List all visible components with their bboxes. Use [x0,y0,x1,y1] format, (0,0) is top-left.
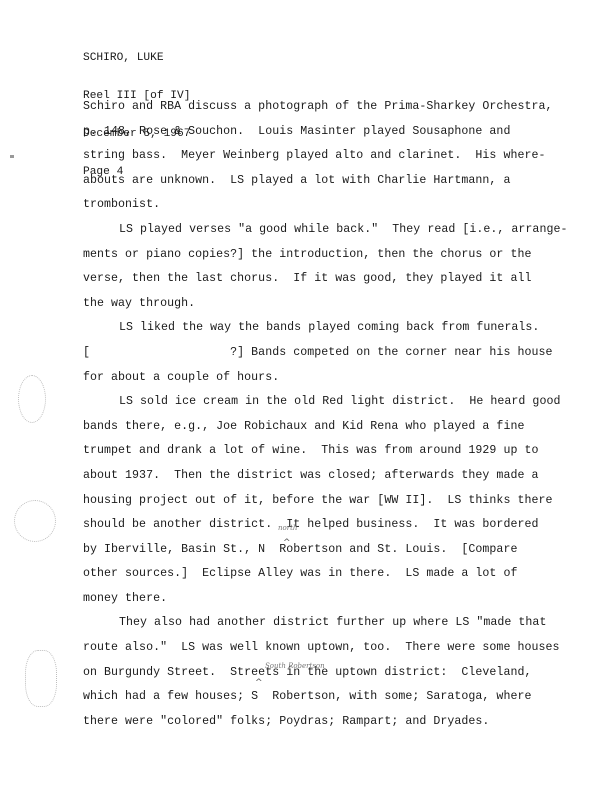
text-line: route also." LS was well known uptown, t… [83,636,603,661]
text-line: for about a couple of hours. [83,366,603,391]
text-line: about 1937. Then the district was closed… [83,464,603,489]
margin-pencil-mark [18,375,46,423]
paragraph-start-line: LS sold ice cream in the old Red light d… [83,390,603,415]
text-line: there were "colored" folks; Poydras; Ram… [83,710,603,735]
text-line: [ ?] Bands competed on the corner near h… [83,341,603,366]
text-line: abouts are unknown. LS played a lot with… [83,169,603,194]
text-line: which had a few houses; S Robertson, wit… [83,685,603,710]
transcript-body: Schiro and RBA discuss a photograph of t… [83,95,603,734]
interviewee-name: SCHIRO, LUKE [83,52,190,65]
text-line: string bass. Meyer Weinberg played alto … [83,144,603,169]
text-line: the way through. [83,292,603,317]
text-line: by Iberville, Basin St., N Robertson and… [83,538,603,563]
text-line: p. 148, Rose & Souchon. Louis Masinter p… [83,120,603,145]
insertion-caret-icon: ^ [255,678,263,688]
paragraph-start-line: They also had another district further u… [83,611,603,636]
text-line: verse, then the last chorus. If it was g… [83,267,603,292]
text-line: trombonist. [83,193,603,218]
text-line: other sources.] Eclipse Alley was in the… [83,562,603,587]
margin-pencil-mark [25,650,57,707]
text-line: trumpet and drank a lot of wine. This wa… [83,439,603,464]
text-line: Schiro and RBA discuss a photograph of t… [83,95,603,120]
text-line: bands there, e.g., Joe Robichaux and Kid… [83,415,603,440]
text-line: ments or piano copies?] the introduction… [83,243,603,268]
handwritten-north-annotation: north [278,524,297,532]
text-line: should be another district. It helped bu… [83,513,603,538]
text-line: money there. [83,587,603,612]
margin-speck [10,155,14,158]
text-line: on Burgundy Street. Streets in the uptow… [83,661,603,686]
margin-pencil-mark [14,500,56,542]
insertion-caret-icon: ^ [283,538,291,548]
paragraph-start-line: LS liked the way the bands played coming… [83,316,603,341]
paragraph-start-line: LS played verses "a good while back." Th… [83,218,603,243]
text-line: housing project out of it, before the wa… [83,489,603,514]
handwritten-south-robertson-annotation: South Robertson [265,662,325,670]
